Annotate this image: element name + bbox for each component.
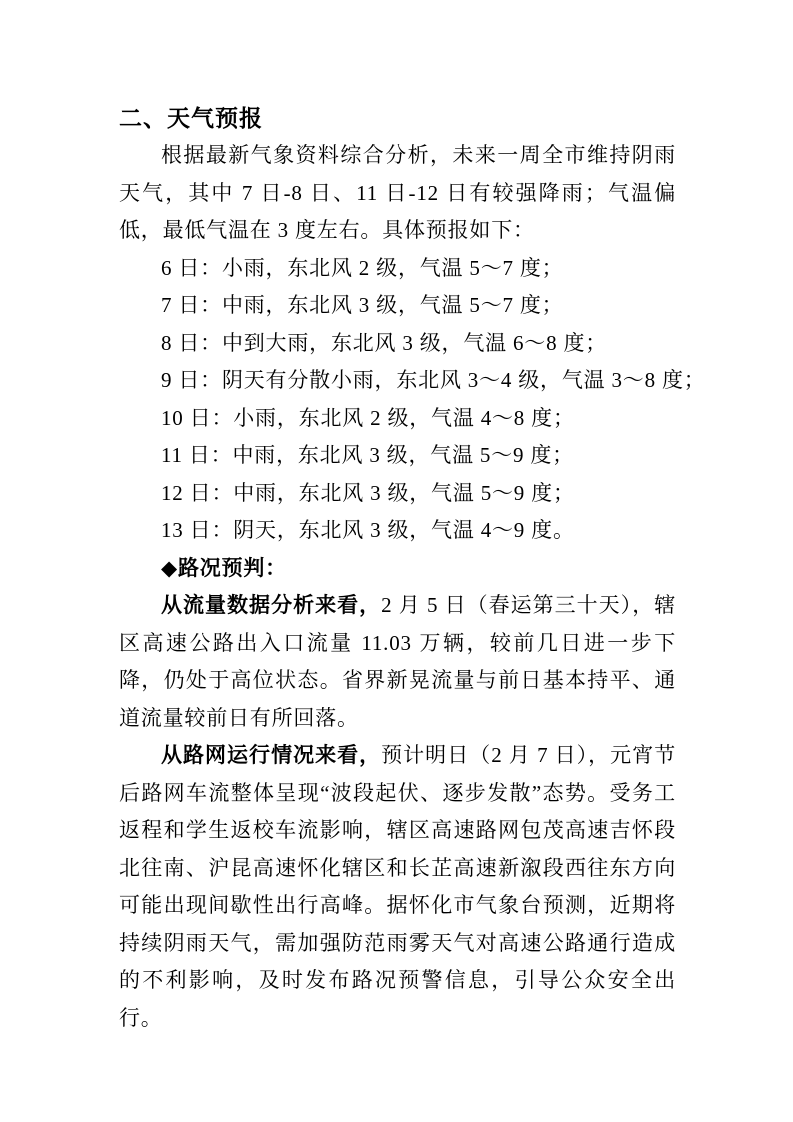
forecast-line-day13: 13 日：阴天，东北风 3 级，气温 4～9 度。 — [119, 512, 676, 550]
forecast-line-day10: 10 日：小雨，东北风 2 级，气温 4～8 度； — [119, 400, 676, 438]
forecast-line-day7: 7 日：中雨，东北风 3 级，气温 5～7 度； — [119, 287, 676, 325]
forecast-line-day8: 8 日：中到大雨，东北风 3 级，气温 6～8 度； — [119, 325, 676, 363]
section-title: 二、天气预报 — [119, 99, 676, 137]
road-condition-heading: ◆路况预判： — [119, 550, 676, 588]
traffic-network-lead: 从路网运行情况来看， — [161, 743, 381, 767]
traffic-paragraph-network: 从路网运行情况来看，预计明日（2 月 7 日），元宵节后路网车流整体呈现“波段起… — [119, 737, 676, 1037]
forecast-line-day12: 12 日：中雨，东北风 3 级，气温 5～9 度； — [119, 475, 676, 513]
forecast-line-day9: 9 日：阴天有分散小雨，东北风 3～4 级，气温 3～8 度； — [119, 362, 676, 400]
traffic-network-body: 预计明日（2 月 7 日），元宵节后路网车流整体呈现“波段起伏、逐步发散”态势。… — [119, 743, 676, 1030]
traffic-flow-lead: 从流量数据分析来看， — [161, 593, 381, 617]
traffic-paragraph-flow: 从流量数据分析来看，2 月 5 日（春运第三十天），辖区高速公路出入口流量 11… — [119, 587, 676, 737]
forecast-line-day11: 11 日：中雨，东北风 3 级，气温 5～9 度； — [119, 437, 676, 475]
document-page: 二、天气预报 根据最新气象资料综合分析，未来一周全市维持阴雨天气，其中 7 日-… — [0, 0, 793, 1122]
intro-paragraph: 根据最新气象资料综合分析，未来一周全市维持阴雨天气，其中 7 日-8 日、11 … — [119, 137, 676, 250]
forecast-line-day6: 6 日：小雨，东北风 2 级，气温 5～7 度； — [119, 250, 676, 288]
